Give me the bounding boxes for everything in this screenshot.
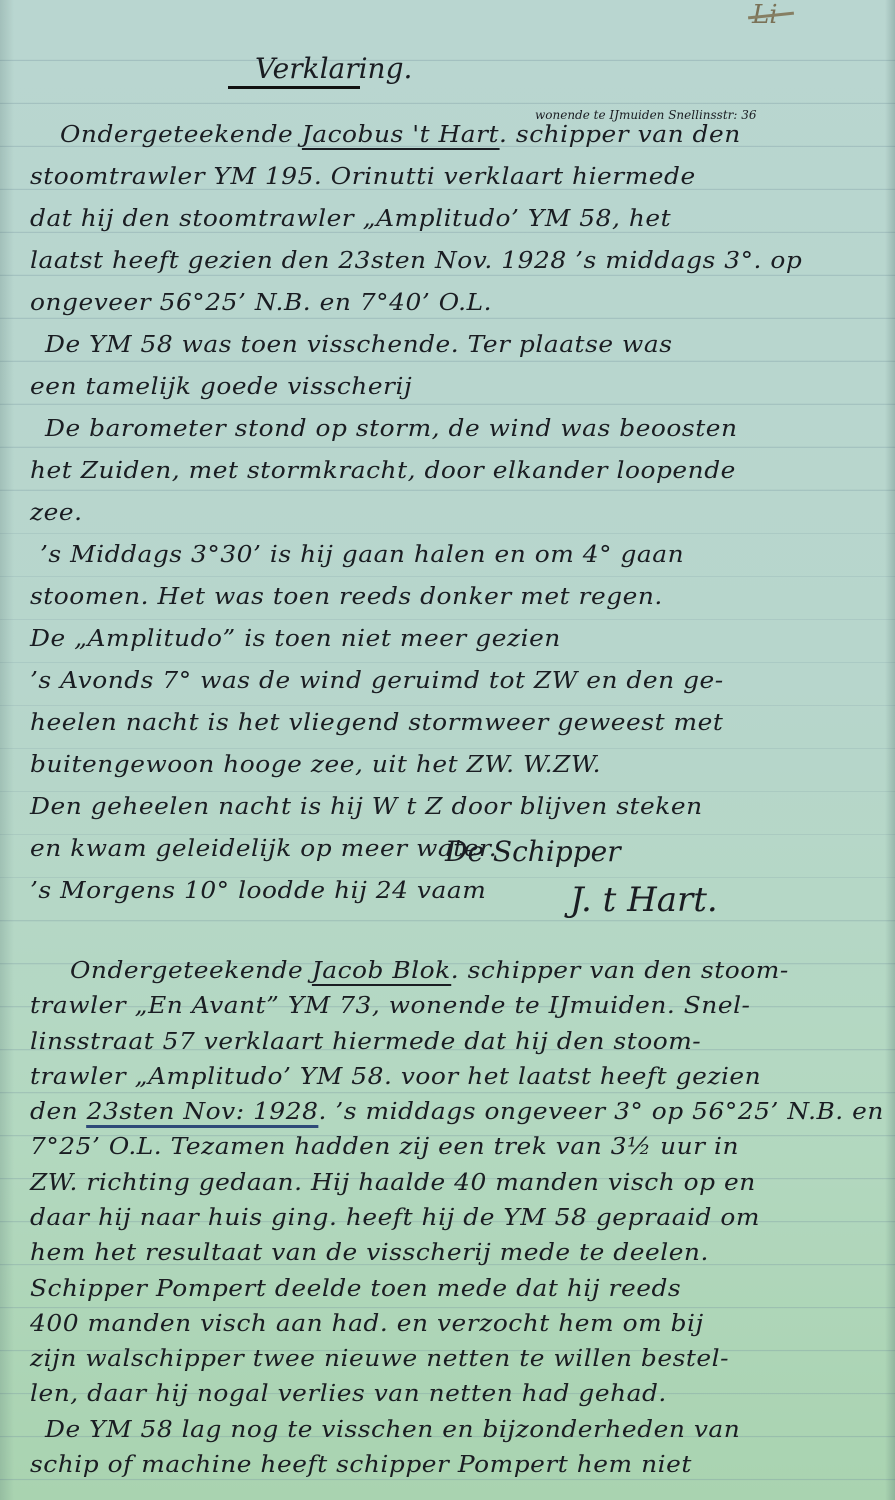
text-line: stoomtrawler YM 195. Orinutti verklaart … [30, 164, 696, 190]
text-line: ZW. richting gedaan. Hij haalde 40 mande… [30, 1170, 756, 1196]
declarant-name: Jacobus 't Hart [302, 122, 499, 150]
text-line: Schipper Pompert deelde toen mede dat hi… [30, 1276, 681, 1302]
text-line: hem het resultaat van de visscherij mede… [30, 1240, 709, 1266]
declarant-name: Jacob Blok [312, 958, 451, 986]
signature-title: De Schipper [445, 835, 621, 868]
signature: J. t Hart. [570, 880, 718, 920]
margin-note: wonende te IJmuiden Snellinsstr: 36 [535, 108, 757, 122]
text-line: den 23sten Nov: 1928. ’s middags ongevee… [30, 1099, 884, 1125]
text-line: 400 manden visch aan had. en verzocht he… [30, 1311, 704, 1337]
text-line: ’s Avonds 7° was de wind geruimd tot ZW … [30, 668, 724, 694]
document-title: Verklaring. [255, 52, 412, 85]
text-line: trawler „Amplitudo’ YM 58. voor het laat… [30, 1064, 761, 1090]
text-line: laatst heeft gezien den 23sten Nov. 1928… [30, 248, 802, 274]
text-line: De „Amplitudo” is toen niet meer gezien [30, 626, 561, 652]
text-line: De YM 58 lag nog te visschen en bijzonde… [45, 1417, 740, 1443]
text-line: Ondergeteekende Jacob Blok. schipper van… [70, 958, 789, 984]
title-underline [228, 86, 360, 89]
text-line: len, daar hij nogal verlies van netten h… [30, 1381, 667, 1407]
text: Ondergeteekende [70, 958, 312, 984]
text-line: stoomen. Het was toen reeds donker met r… [30, 584, 663, 610]
text-line: daar hij naar huis ging. heeft hij de YM… [30, 1205, 760, 1231]
text: Ondergeteekende [60, 122, 302, 148]
text-line: 7°25’ O.L. Tezamen hadden zij een trek v… [30, 1134, 739, 1160]
text-line: heelen nacht is het vliegend stormweer g… [30, 710, 723, 736]
text: . schipper van den [499, 122, 741, 148]
text-line: De barometer stond op storm, de wind was… [45, 416, 738, 442]
text: . ’s middags ongeveer 3° op 56°25’ N.B. … [318, 1099, 884, 1125]
text: den [30, 1099, 87, 1125]
text-line: Den geheelen nacht is hij W t Z door bli… [30, 794, 703, 820]
text-line: De YM 58 was toen visschende. Ter plaats… [45, 332, 672, 358]
page-edge-shadow [885, 0, 895, 1500]
text-line: en kwam geleidelijk op meer water. [30, 836, 497, 862]
underlined-date: 23sten Nov: 1928 [87, 1099, 319, 1128]
text-line: trawler „En Avant” YM 73, wonende te IJm… [30, 993, 750, 1019]
text-line: ’s Middags 3°30’ is hij gaan halen en om… [40, 542, 684, 568]
text-line: zee. [30, 500, 83, 526]
text-line: schip of machine heeft schipper Pompert … [30, 1452, 692, 1478]
text-line: buitengewoon hooge zee, uit het ZW. W.ZW… [30, 752, 601, 778]
text-line: een tamelijk goede visscherij [30, 374, 412, 400]
text-line: dat hij den stoomtrawler „Amplitudo’ YM … [30, 206, 671, 232]
text: . schipper van den stoom- [451, 958, 789, 984]
text-line: ’s Morgens 10° loodde hij 24 vaam [30, 878, 486, 904]
handwritten-page: Li Verklaring. wonende te IJmuiden Snell… [0, 0, 895, 1500]
text-line: zijn walschipper twee nieuwe netten te w… [30, 1346, 729, 1372]
text-line: ongeveer 56°25’ N.B. en 7°40’ O.L. [30, 290, 492, 316]
text-line: linsstraat 57 verklaart hiermede dat hij… [30, 1029, 701, 1055]
page-edge-shadow [0, 0, 14, 1500]
text-line: Ondergeteekende Jacobus 't Hart. schippe… [60, 122, 741, 148]
corner-annotation: Li [752, 0, 778, 30]
text-line: het Zuiden, met stormkracht, door elkand… [30, 458, 736, 484]
